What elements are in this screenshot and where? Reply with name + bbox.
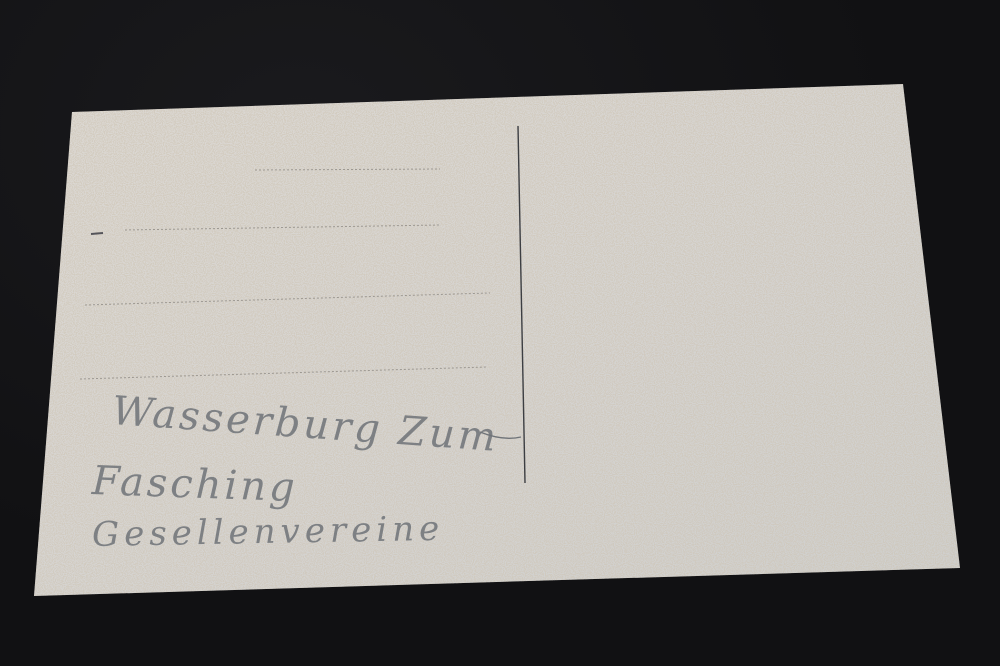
handwriting-line-3: Gesellenvereine	[92, 509, 445, 555]
margin-dash-mark	[91, 233, 103, 234]
handwriting-line-2: Fasching	[91, 458, 298, 511]
postcard-scene	[0, 0, 1000, 666]
